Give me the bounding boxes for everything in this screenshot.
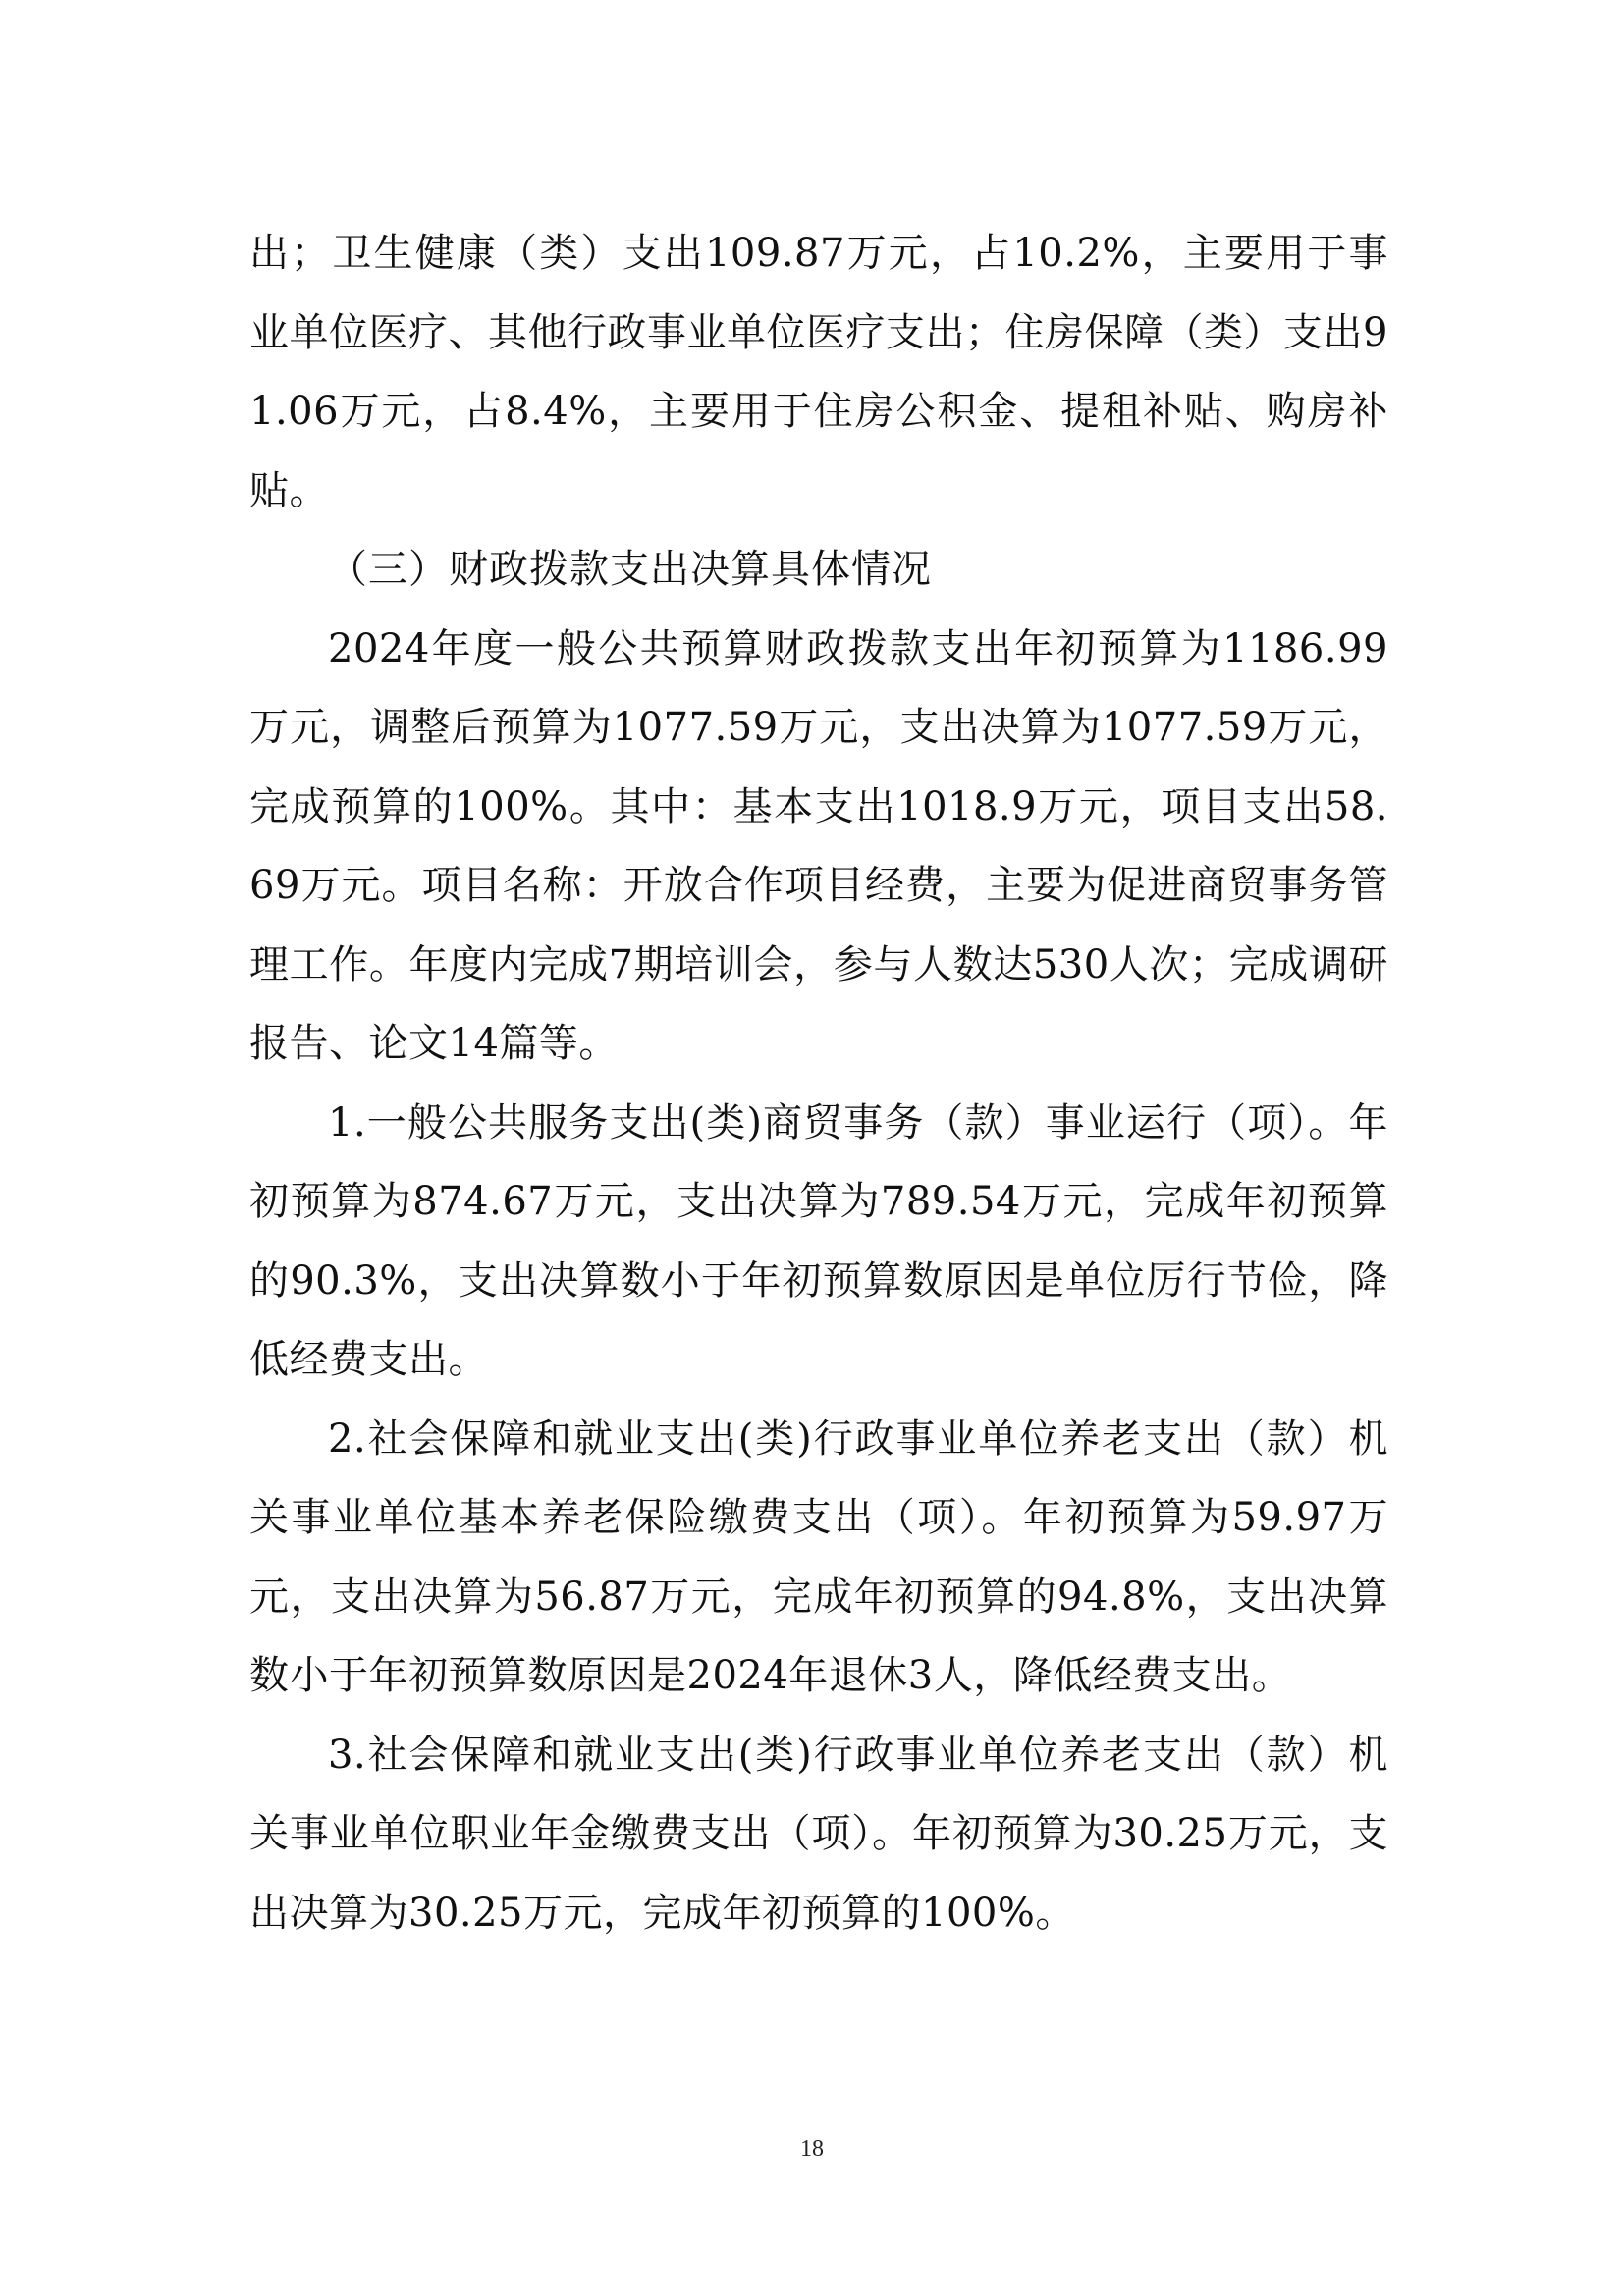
paragraph-item-1: 1.一般公共服务支出(类)商贸事务（款）事业运行（项）。年初预算为874.67万…: [249, 1084, 1388, 1400]
paragraph-item-2: 2.社会保障和就业支出(类)行政事业单位养老支出（款）机关事业单位基本养老保险缴…: [249, 1400, 1388, 1716]
page-number: 18: [0, 2136, 1624, 2163]
paragraph-overview: 2024年度一般公共预算财政拨款支出年初预算为1186.99万元，调整后预算为1…: [249, 610, 1388, 1084]
paragraph-continuation: 出；卫生健康（类）支出109.87万元，占10.2%，主要用于事业单位医疗、其他…: [249, 214, 1388, 530]
paragraph-item-3: 3.社会保障和就业支出(类)行政事业单位养老支出（款）机关事业单位职业年金缴费支…: [249, 1716, 1388, 1953]
section-heading: （三）财政拨款支出决算具体情况: [249, 530, 1388, 610]
document-page: 出；卫生健康（类）支出109.87万元，占10.2%，主要用于事业单位医疗、其他…: [249, 214, 1388, 1952]
